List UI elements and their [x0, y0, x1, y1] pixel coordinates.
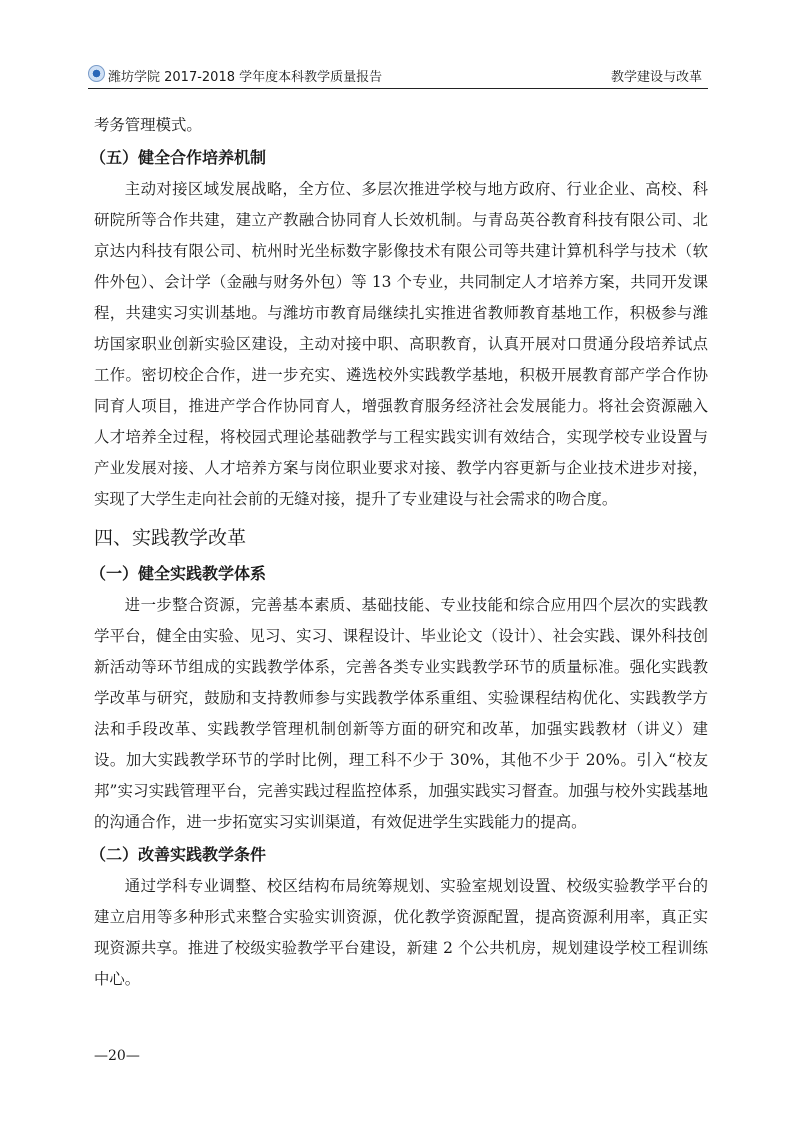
- section-5-paragraph: 主动对接区域发展战略，全方位、多层次推进学校与地方政府、行业企业、高校、科研院所…: [94, 174, 708, 515]
- university-emblem-icon: [88, 65, 105, 82]
- header-left: 潍坊学院 2017-2018 学年度本科教学质量报告: [88, 66, 382, 85]
- chapter-heading-4: 四、实践教学改革: [94, 519, 708, 557]
- section-2-paragraph: 通过学科专业调整、校区结构布局统筹规划、实验室规划设置、校级实验教学平台的建立启…: [94, 871, 708, 995]
- chapter-title: 教学建设与改革: [611, 66, 702, 85]
- section-heading-1: （一）健全实践教学体系: [90, 557, 708, 590]
- section-heading-5: （五）健全合作培养机制: [90, 141, 708, 174]
- page-number: —20—: [94, 1048, 140, 1064]
- report-title: 潍坊学院 2017-2018 学年度本科教学质量报告: [108, 66, 382, 85]
- section-heading-2: （二）改善实践教学条件: [90, 838, 708, 871]
- page-header: 潍坊学院 2017-2018 学年度本科教学质量报告 教学建设与改革: [88, 64, 708, 89]
- intro-line: 考务管理模式。: [94, 110, 708, 141]
- page-body: 考务管理模式。 （五）健全合作培养机制 主动对接区域发展战略，全方位、多层次推进…: [94, 110, 708, 995]
- section-1-paragraph: 进一步整合资源，完善基本素质、基础技能、专业技能和综合应用四个层次的实践教学平台…: [94, 590, 708, 838]
